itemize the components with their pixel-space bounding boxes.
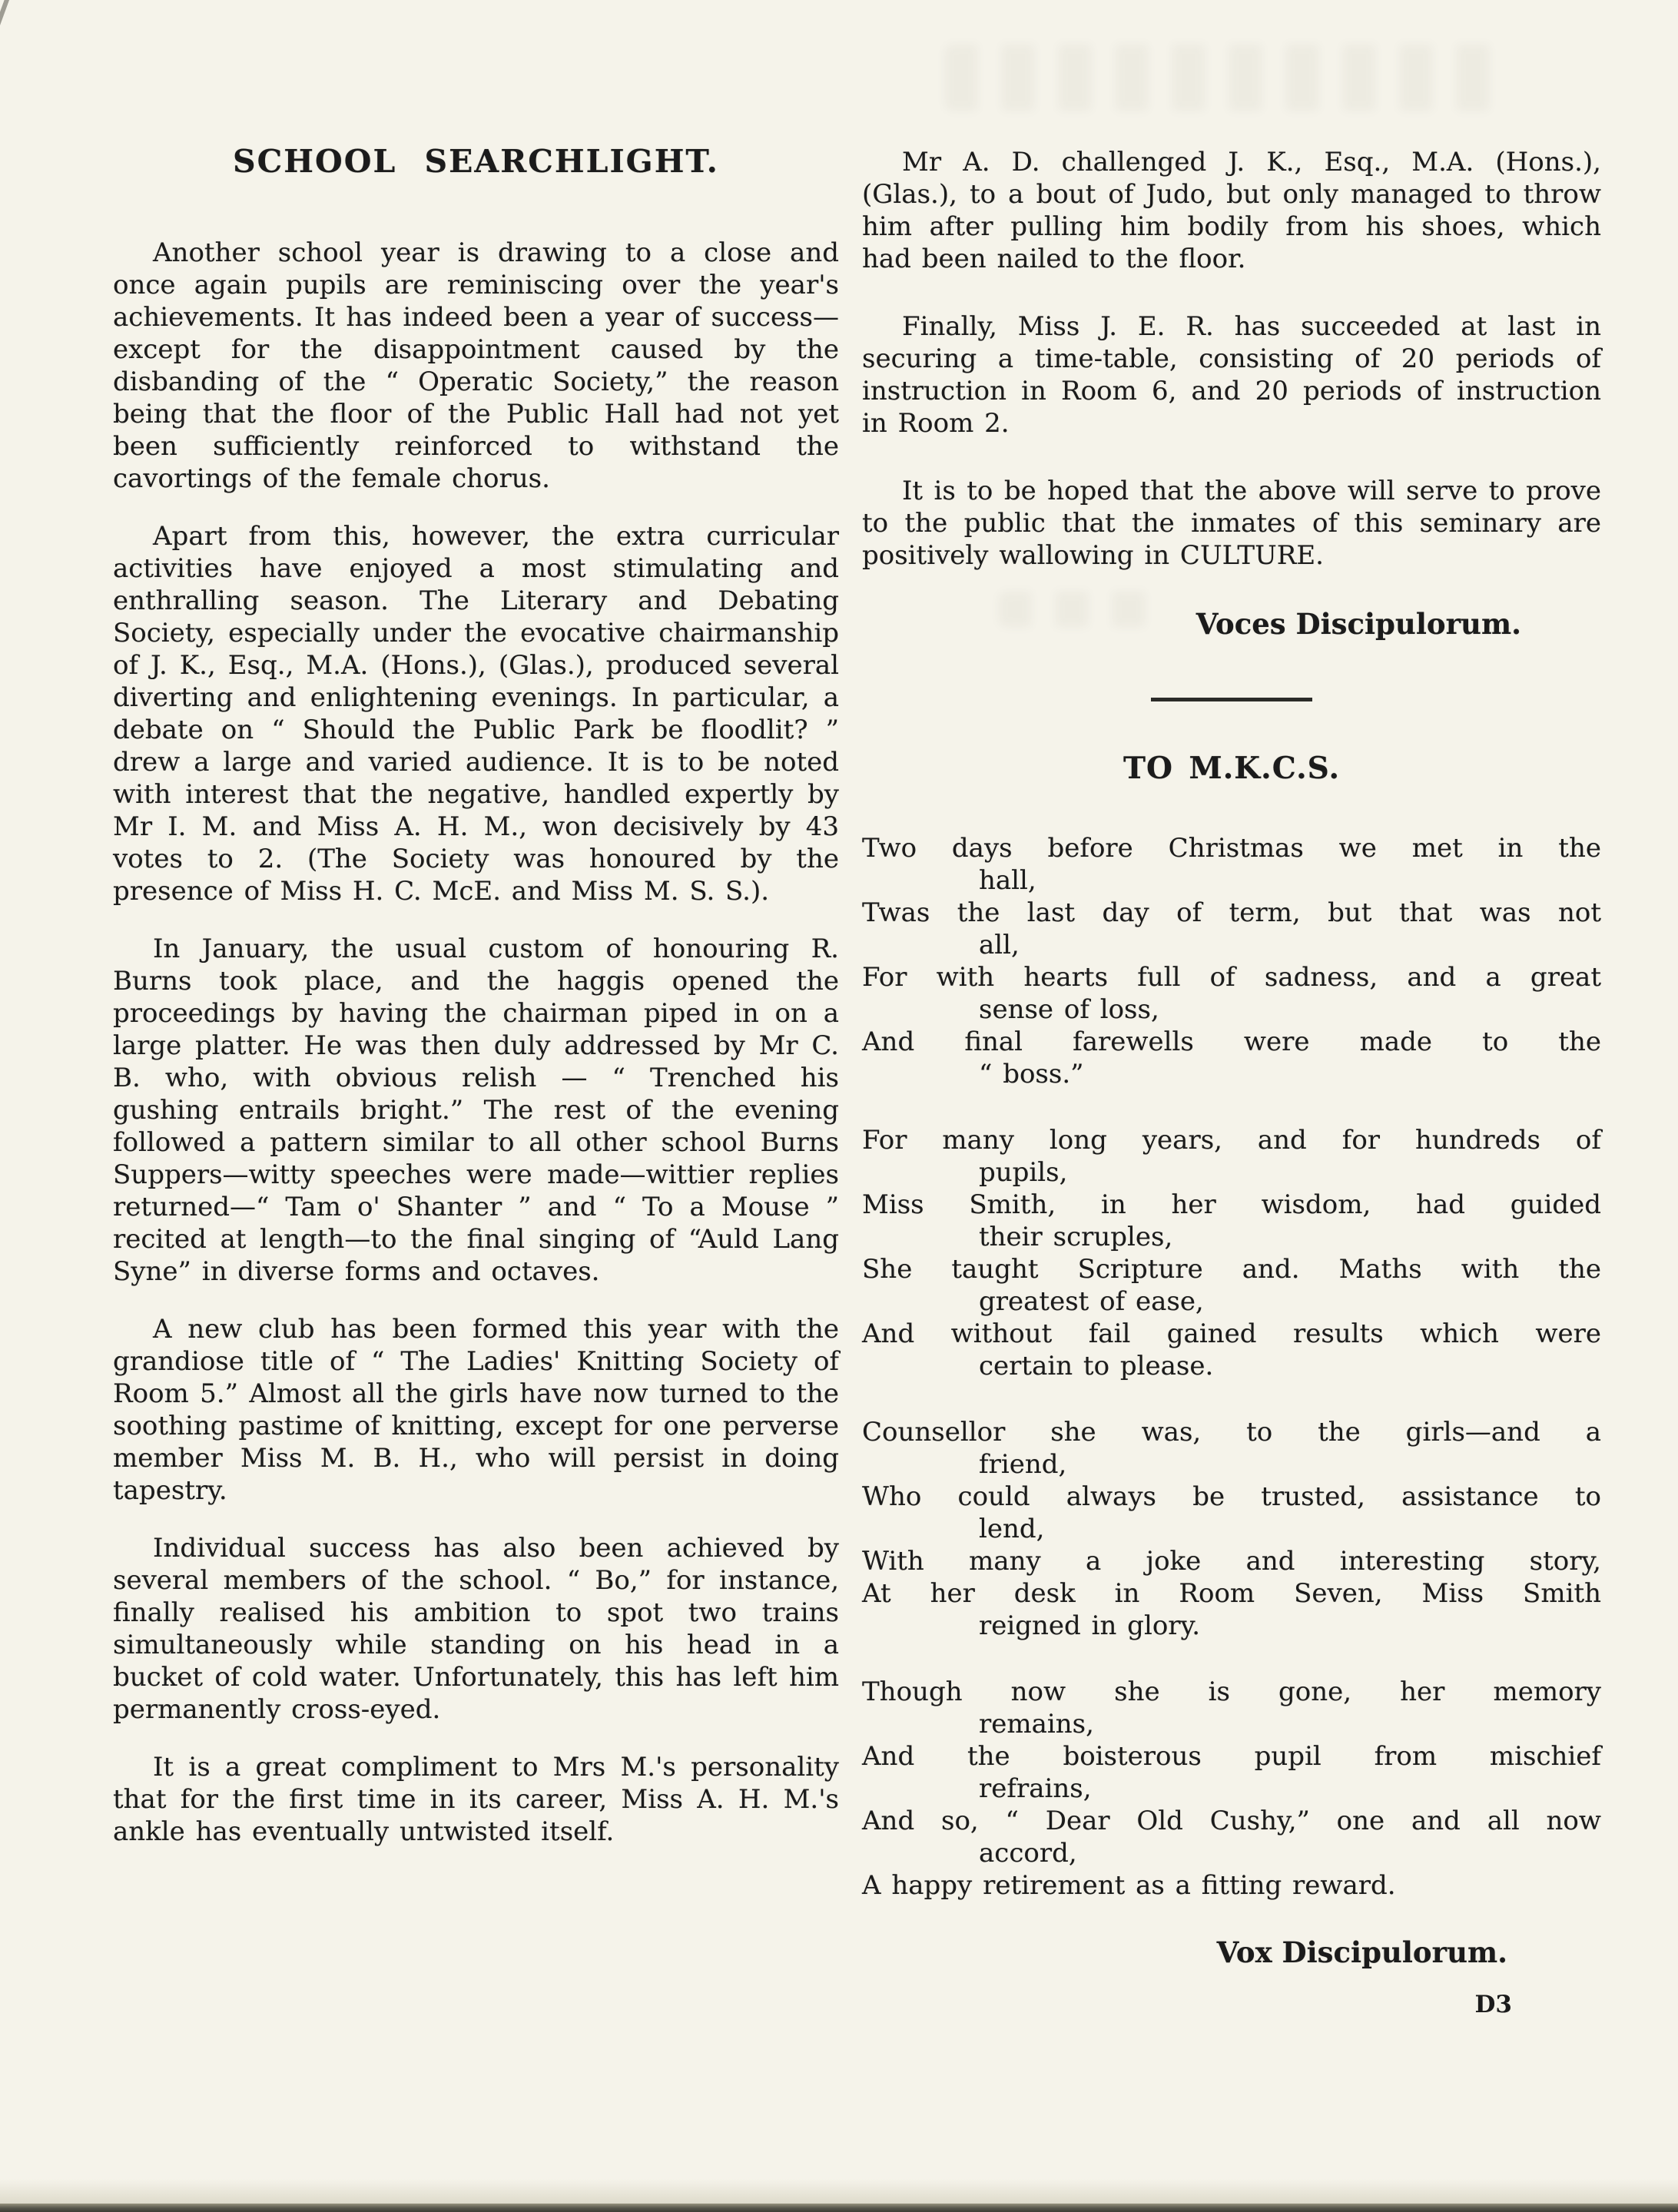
- poem-line: all,: [862, 929, 1601, 961]
- paragraph: Mr A. D. challenged J. K., Esq., M.A. (H…: [862, 146, 1601, 275]
- poem-line: At her desk in Room Seven, Miss Smith: [862, 1577, 1601, 1610]
- poem-line: Counsellor she was, to the girls—and a: [862, 1416, 1601, 1448]
- left-column: SCHOOL SEARCHLIGHT. Another school year …: [113, 143, 839, 1873]
- poem-line: Though now she is gone, her memory: [862, 1676, 1601, 1708]
- poem-line: sense of loss,: [862, 993, 1601, 1026]
- article-title: SCHOOL SEARCHLIGHT.: [113, 143, 839, 180]
- paragraph: Individual success has also been achieve…: [113, 1532, 839, 1726]
- print-showthrough: [945, 45, 1514, 111]
- scan-edge-shadow: [0, 2179, 1678, 2204]
- poem-line: greatest of ease,: [862, 1285, 1601, 1318]
- poem-line: refrains,: [862, 1773, 1601, 1805]
- poem-title: TO M.K.C.S.: [862, 751, 1601, 786]
- poem-line: For many long years, and for hundreds of: [862, 1124, 1601, 1156]
- paragraph: Another school year is drawing to a clos…: [113, 237, 839, 495]
- poem-line: And without fail gained results which we…: [862, 1318, 1601, 1350]
- page-number: D3: [862, 1991, 1601, 2018]
- scanned-magazine-page: SCHOOL SEARCHLIGHT. Another school year …: [0, 0, 1678, 2212]
- poem-line: reigned in glory.: [862, 1610, 1601, 1642]
- poem: Two days before Christmas we met in theh…: [862, 832, 1601, 1902]
- poem-stanza: Counsellor she was, to the girls—and afr…: [862, 1416, 1601, 1642]
- paragraph: It is to be hoped that the above will se…: [862, 475, 1601, 572]
- poem-stanza: Two days before Christmas we met in theh…: [862, 832, 1601, 1090]
- poem-line: A happy retirement as a fitting reward.: [862, 1869, 1601, 1902]
- signature-voces: Voces Discipulorum.: [862, 607, 1601, 641]
- paragraph: A new club has been formed this year wit…: [113, 1313, 839, 1507]
- poem-line: And final farewells were made to the: [862, 1026, 1601, 1058]
- right-column: Mr A. D. challenged J. K., Esq., M.A. (H…: [862, 146, 1601, 2018]
- poem-line: Two days before Christmas we met in the: [862, 832, 1601, 864]
- poem-line: Miss Smith, in her wisdom, had guided: [862, 1189, 1601, 1221]
- poem-stanza: Though now she is gone, her memoryremain…: [862, 1676, 1601, 1902]
- poem-line: “ boss.”: [862, 1058, 1601, 1090]
- print-showthrough: [999, 592, 1160, 627]
- scan-bottom-edge: [0, 2204, 1678, 2212]
- poem-line: Twas the last day of term, but that was …: [862, 897, 1601, 929]
- signature-vox: Vox Discipulorum.: [862, 1935, 1601, 1969]
- scan-corner-mark: [0, 0, 11, 48]
- left-paragraphs: Another school year is drawing to a clos…: [113, 237, 839, 1848]
- right-paragraphs: Mr A. D. challenged J. K., Esq., M.A. (H…: [862, 146, 1601, 572]
- paragraph: Apart from this, however, the extra curr…: [113, 520, 839, 907]
- poem-line: For with hearts full of sadness, and a g…: [862, 961, 1601, 993]
- poem-line: She taught Scripture and. Maths with the: [862, 1253, 1601, 1285]
- poem-line: certain to please.: [862, 1350, 1601, 1382]
- poem-line: With many a joke and interesting story,: [862, 1545, 1601, 1577]
- poem-line: lend,: [862, 1513, 1601, 1545]
- poem-stanza: For many long years, and for hundreds of…: [862, 1124, 1601, 1382]
- paragraph: In January, the usual custom of honourin…: [113, 933, 839, 1288]
- paragraph: It is a great compliment to Mrs M.'s per…: [113, 1751, 839, 1848]
- poem-line: And so, “ Dear Old Cushy,” one and all n…: [862, 1805, 1601, 1837]
- poem-line: hall,: [862, 864, 1601, 897]
- paragraph: Finally, Miss J. E. R. has succeeded at …: [862, 310, 1601, 439]
- section-divider: [1151, 698, 1312, 701]
- poem-line: pupils,: [862, 1156, 1601, 1189]
- poem-line: Who could always be trusted, assistance …: [862, 1481, 1601, 1513]
- poem-line: accord,: [862, 1837, 1601, 1869]
- poem-line: remains,: [862, 1708, 1601, 1740]
- poem-line: And the boisterous pupil from mischief: [862, 1740, 1601, 1773]
- poem-line: their scruples,: [862, 1221, 1601, 1253]
- poem-line: friend,: [862, 1448, 1601, 1481]
